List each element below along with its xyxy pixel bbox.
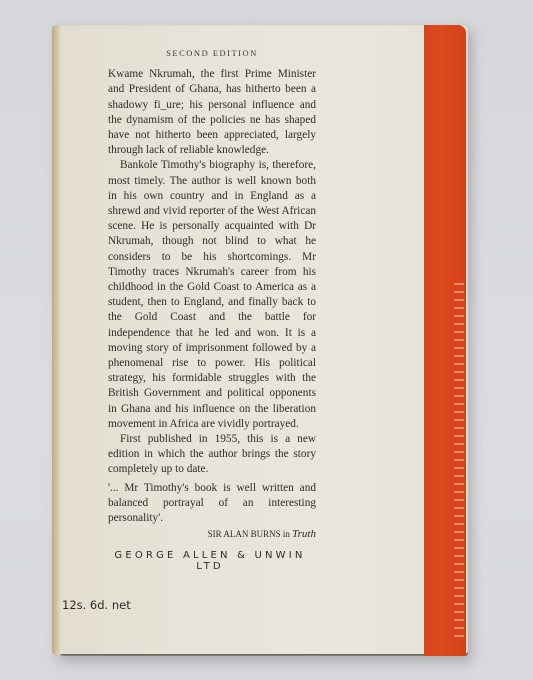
review-quote: '... Mr Timothy's book is well written a… <box>108 481 316 527</box>
orange-accent-strip <box>424 25 466 656</box>
publisher-name: GEORGE ALLEN & UNWIN LTD <box>100 550 320 572</box>
quote-author: SIR ALAN BURNS in <box>208 529 290 539</box>
quote-source: Truth <box>292 528 316 540</box>
spine-edge <box>52 25 60 656</box>
blurb-paragraph-1: Kwame Nkrumah, the first Prime Minister … <box>108 67 316 158</box>
price-label: 12s. 6d. net <box>62 598 131 612</box>
strip-wear <box>454 277 464 643</box>
edition-label: SECOND EDITION <box>108 46 316 61</box>
blurb-text-block: SECOND EDITION Kwame Nkrumah, the first … <box>108 46 316 543</box>
quote-attribution: SIR ALAN BURNS in Truth <box>108 527 316 542</box>
blurb-paragraph-3: First published in 1955, this is a new e… <box>108 432 316 478</box>
blurb-paragraph-2: Bankole Timothy's biography is, therefor… <box>108 158 316 432</box>
